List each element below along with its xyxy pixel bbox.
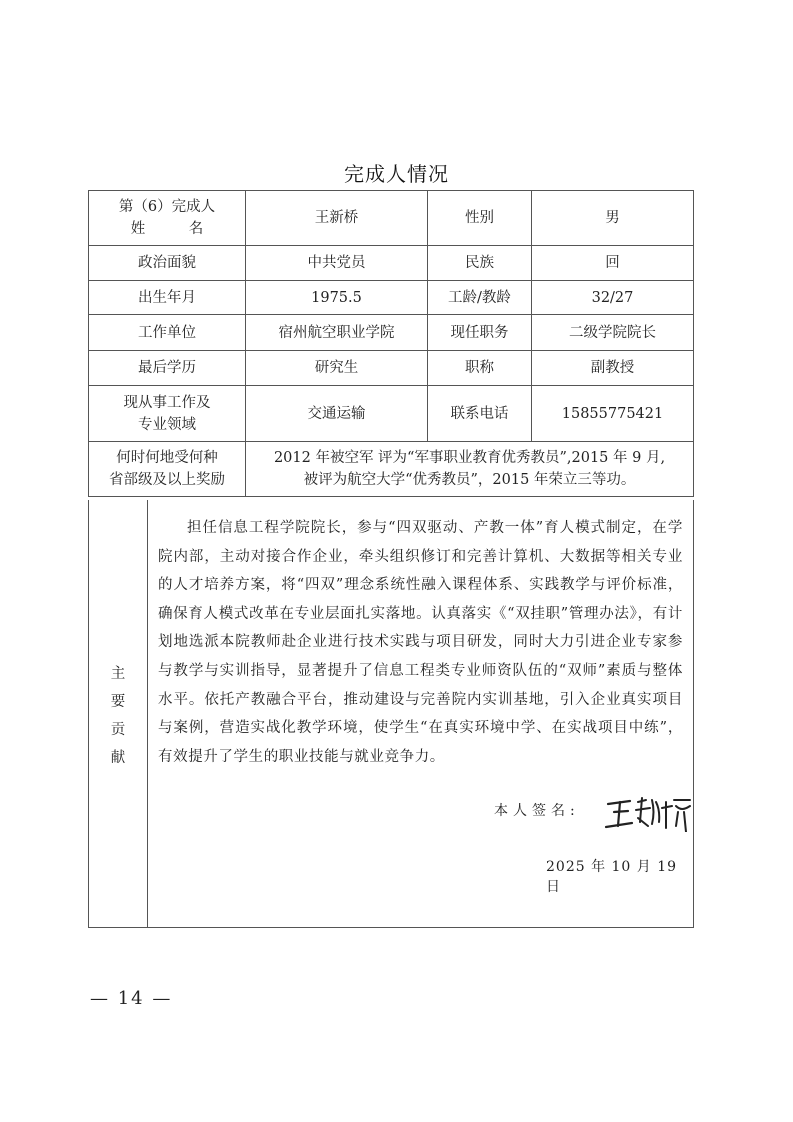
name-value: 王新桥 (246, 191, 428, 246)
label-line: 现从事工作及 (89, 392, 245, 414)
label-line: 专业领域 (89, 414, 245, 436)
contribution-label: 主 要 贡 献 (89, 660, 147, 772)
service-years-value: 32/27 (532, 281, 694, 315)
label-cell: 最后学历 (89, 351, 246, 386)
awards-line: 被评为航空大学“优秀教员”，2015 年荣立三等功。 (246, 469, 693, 491)
awards-line: 2012 年被空军 评为“军事职业教育优秀教员”,2015 年 9 月, (246, 447, 693, 469)
label-cell: 现从事工作及 专业领域 (89, 386, 246, 442)
label-cell: 政治面貌 (89, 246, 246, 281)
table-row: 第（6）完成人 姓 名 王新桥 性别 男 (89, 191, 694, 246)
table-row: 政治面貌 中共党员 民族 回 (89, 246, 694, 281)
education-value: 研究生 (246, 351, 428, 386)
label-cell: 民族 (428, 246, 532, 281)
table-row: 出生年月 1975.5 工龄/教龄 32/27 (89, 281, 694, 315)
label-line: 省部级及以上奖励 (89, 469, 245, 491)
contribution-body: 担任信息工程学院院长，参与“四双驱动、产教一体”育人模式制定，在学院内部，主动对… (148, 500, 693, 927)
workplace-value: 宿州航空职业学院 (246, 315, 428, 351)
label-line: 何时何地受何种 (89, 447, 245, 469)
contribution-label-cell: 主 要 贡 献 (89, 500, 148, 927)
label-cell: 何时何地受何种 省部级及以上奖励 (89, 442, 246, 497)
ethnicity-value: 回 (532, 246, 694, 281)
info-table: 第（6）完成人 姓 名 王新桥 性别 男 政治面貌 中共党员 民族 回 出生年月… (88, 190, 694, 497)
awards-value: 2012 年被空军 评为“军事职业教育优秀教员”,2015 年 9 月, 被评为… (246, 442, 694, 497)
birth-date-value: 1975.5 (246, 281, 428, 315)
signature-date: 2025 年 10 月 19 日 (546, 856, 693, 896)
label-line: 姓 名 (89, 218, 245, 240)
label-char: 主 (89, 660, 147, 688)
contribution-section: 主 要 贡 献 担任信息工程学院院长，参与“四双驱动、产教一体”育人模式制定，在… (88, 500, 694, 928)
label-line: 第（6）完成人 (89, 196, 245, 218)
label-char: 献 (89, 744, 147, 772)
signature-image (604, 792, 694, 832)
label-char: 要 (89, 688, 147, 716)
signature-label: 本人签名: (494, 800, 580, 820)
table-row: 工作单位 宿州航空职业学院 现任职务 二级学院院长 (89, 315, 694, 351)
label-cell: 工作单位 (89, 315, 246, 351)
position-value: 二级学院院长 (532, 315, 694, 351)
label-char: 贡 (89, 716, 147, 744)
label-cell: 第（6）完成人 姓 名 (89, 191, 246, 246)
label-cell: 性别 (428, 191, 532, 246)
political-status-value: 中共党员 (246, 246, 428, 281)
label-cell: 联系电话 (428, 386, 532, 442)
table-row: 何时何地受何种 省部级及以上奖励 2012 年被空军 评为“军事职业教育优秀教员… (89, 442, 694, 497)
page-number: — 14 — (90, 988, 172, 1009)
label-cell: 现任职务 (428, 315, 532, 351)
label-cell: 职称 (428, 351, 532, 386)
label-cell: 工龄/教龄 (428, 281, 532, 315)
contribution-text: 担任信息工程学院院长，参与“四双驱动、产教一体”育人模式制定，在学院内部，主动对… (158, 514, 683, 771)
field-value: 交通运输 (246, 386, 428, 442)
table-row: 最后学历 研究生 职称 副教授 (89, 351, 694, 386)
title-value: 副教授 (532, 351, 694, 386)
table-row: 现从事工作及 专业领域 交通运输 联系电话 15855775421 (89, 386, 694, 442)
page-title: 完成人情况 (0, 158, 793, 187)
phone-value: 15855775421 (532, 386, 694, 442)
label-cell: 出生年月 (89, 281, 246, 315)
gender-value: 男 (532, 191, 694, 246)
